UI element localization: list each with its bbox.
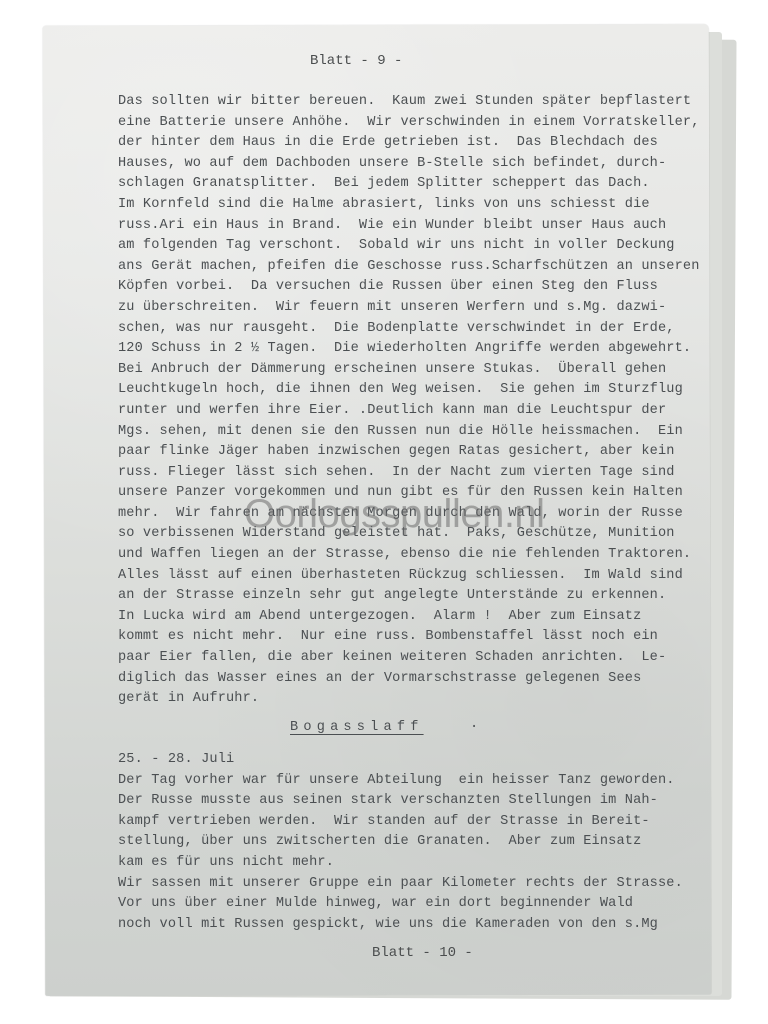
text-line: runter und werfen ihre Eier. .Deutlich k… <box>118 401 700 422</box>
page-number-footer: Blatt - 10 - <box>372 945 473 961</box>
text-line: noch voll mit Russen gespickt, wie uns d… <box>118 915 683 936</box>
text-line: gerät in Aufruhr. <box>118 689 700 710</box>
text-line: zu überschreiten. Wir feuern mit unseren… <box>118 298 700 319</box>
text-line: Das sollten wir bitter bereuen. Kaum zwe… <box>118 92 700 113</box>
text-line: am folgenden Tag verschont. Sobald wir u… <box>118 236 700 257</box>
text-line: der hinter dem Haus in die Erde getriebe… <box>118 133 700 154</box>
paragraph-2: 25. - 28. JuliDer Tag vorher war für uns… <box>118 750 683 935</box>
watermark: Oorlogsspullen.nl <box>244 492 545 537</box>
text-line: Alles lässt auf einen überhasteten Rückz… <box>118 566 700 587</box>
section-heading: Bogasslaff <box>290 720 424 735</box>
text-line: russ.Ari ein Haus in Brand. Wie ein Wund… <box>118 216 700 237</box>
text-line: kommt es nicht mehr. Nur eine russ. Bomb… <box>118 627 700 648</box>
text-line: Mgs. sehen, mit denen sie den Russen nun… <box>118 422 700 443</box>
text-line: paar Eier fallen, die aber keinen weiter… <box>118 648 700 669</box>
text-line: In Lucka wird am Abend untergezogen. Ala… <box>118 607 700 628</box>
page-number-header: Blatt - 9 - <box>310 53 402 69</box>
text-line: und Waffen liegen an der Strasse, ebenso… <box>118 545 700 566</box>
section-heading-suffix: · <box>470 720 478 735</box>
text-line: kampf vertrieben werden. Wir standen auf… <box>118 812 683 833</box>
text-line: Wir sassen mit unserer Gruppe ein paar K… <box>118 874 683 895</box>
text-line: paar flinke Jäger haben inzwischen gegen… <box>118 442 700 463</box>
paragraph-1: Das sollten wir bitter bereuen. Kaum zwe… <box>118 92 700 710</box>
text-line: Leuchtkugeln hoch, die ihnen den Weg wei… <box>118 380 700 401</box>
text-line: Köpfen vorbei. Da versuchen die Russen ü… <box>118 277 700 298</box>
text-line: Vor uns über einer Mulde hinweg, war ein… <box>118 894 683 915</box>
text-line: Hauses, wo auf dem Dachboden unsere B-St… <box>118 154 700 175</box>
text-line: Bei Anbruch der Dämmerung erscheinen uns… <box>118 360 700 381</box>
text-line: an der Strasse einzeln sehr gut angelegt… <box>118 586 700 607</box>
text-line: schen, was nur rausgeht. Die Bodenplatte… <box>118 319 700 340</box>
text-line: stellung, über uns zwitscherten die Gran… <box>118 832 683 853</box>
text-line: 25. - 28. Juli <box>118 750 683 771</box>
text-line: Der Russe musste aus seinen stark versch… <box>118 791 683 812</box>
text-line: 120 Schuss in 2 ½ Tagen. Die wiederholte… <box>118 339 700 360</box>
text-line: Im Kornfeld sind die Halme abrasiert, li… <box>118 195 700 216</box>
text-line: Der Tag vorher war für unsere Abteilung … <box>118 771 683 792</box>
text-line: kam es für uns nicht mehr. <box>118 853 683 874</box>
text-line: diglich das Wasser eines an der Vormarsc… <box>118 669 700 690</box>
text-line: russ. Flieger lässt sich sehen. In der N… <box>118 463 700 484</box>
text-line: schlagen Granatsplitter. Bei jedem Split… <box>118 174 700 195</box>
text-line: eine Batterie unsere Anhöhe. Wir verschw… <box>118 113 700 134</box>
text-line: ans Gerät machen, pfeifen die Geschosse … <box>118 257 700 278</box>
